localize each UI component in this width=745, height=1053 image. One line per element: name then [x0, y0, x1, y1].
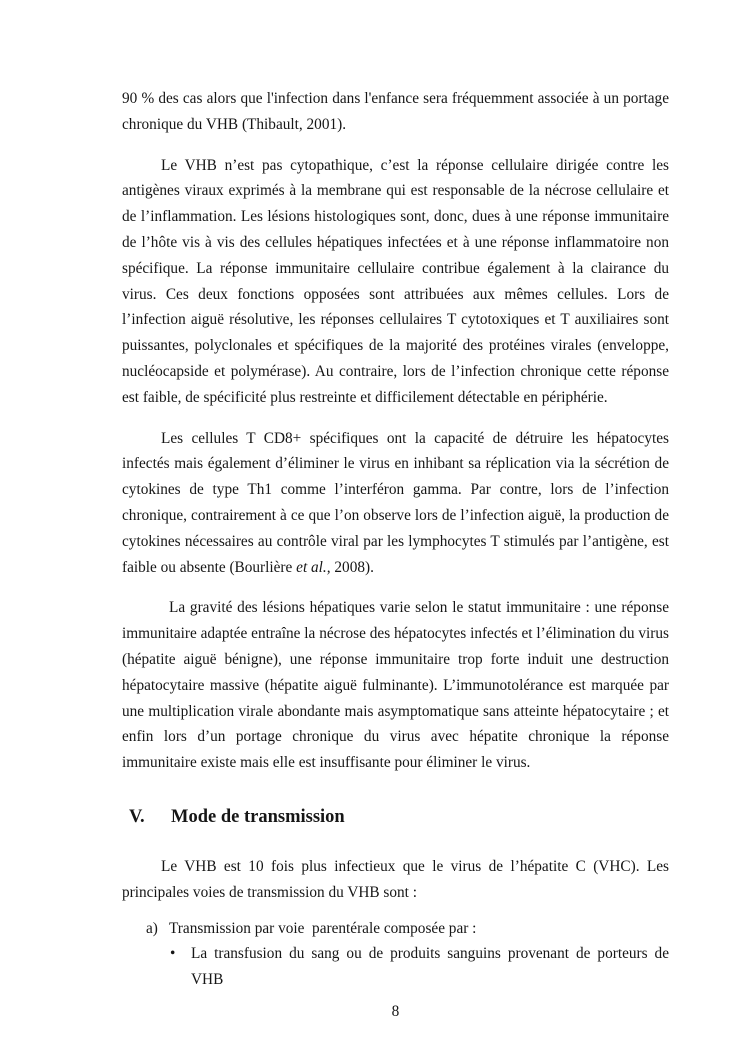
paragraph-text: Le VHB est 10 fois plus infectieux que l…: [122, 858, 669, 901]
paragraph: Le VHB est 10 fois plus infectieux que l…: [122, 854, 669, 906]
paragraph-text: La gravité des lésions hépatiques varie …: [122, 599, 669, 771]
italic-text-run: et al.,: [296, 559, 330, 576]
text-run: Les cellules T CD8+ spécifiques ont la c…: [122, 430, 669, 576]
list-item-bullet: •La transfusion du sang ou de produits s…: [122, 941, 669, 993]
paragraph-text: Les cellules T CD8+ spécifiques ont la c…: [122, 430, 669, 576]
paragraph: Le VHB n’est pas cytopathique, c’est la …: [122, 153, 669, 411]
document-page: 90 % des cas alors que l'infection dans …: [0, 0, 745, 1053]
section-number: V.: [129, 803, 171, 831]
text-run: La transfusion du sang ou de produits sa…: [191, 945, 673, 988]
list-marker-alpha: a): [146, 916, 169, 942]
bullet-icon: •: [170, 941, 191, 993]
text-run: 2008).: [331, 559, 374, 576]
list-item-alpha: a)Transmission par voie parentérale comp…: [122, 916, 669, 942]
paragraph-text: 90 % des cas alors que l'infection dans …: [122, 90, 669, 133]
list-item-text: Transmission par voie parentérale compos…: [169, 916, 669, 942]
page-body: 90 % des cas alors que l'infection dans …: [122, 86, 669, 1025]
paragraph: La gravité des lésions hépatiques varie …: [122, 595, 669, 776]
section-heading: V.Mode de transmission: [122, 803, 669, 831]
text-run: Le VHB est 10 fois plus infectieux que l…: [122, 858, 669, 901]
section-title: Mode de transmission: [171, 807, 345, 827]
paragraph: 90 % des cas alors que l'infection dans …: [122, 86, 669, 138]
list-item-text: La transfusion du sang ou de produits sa…: [191, 941, 669, 993]
text-run: 90 % des cas alors que l'infection dans …: [122, 90, 669, 133]
paragraph-text: Le VHB n’est pas cytopathique, c’est la …: [122, 157, 669, 406]
page-number: 8: [122, 999, 669, 1025]
text-run: La gravité des lésions hépatiques varie …: [122, 599, 669, 771]
text-run: Transmission par voie parentérale compos…: [169, 920, 476, 937]
paragraph: Les cellules T CD8+ spécifiques ont la c…: [122, 426, 669, 581]
text-run: Le VHB n’est pas cytopathique, c’est la …: [122, 157, 669, 406]
